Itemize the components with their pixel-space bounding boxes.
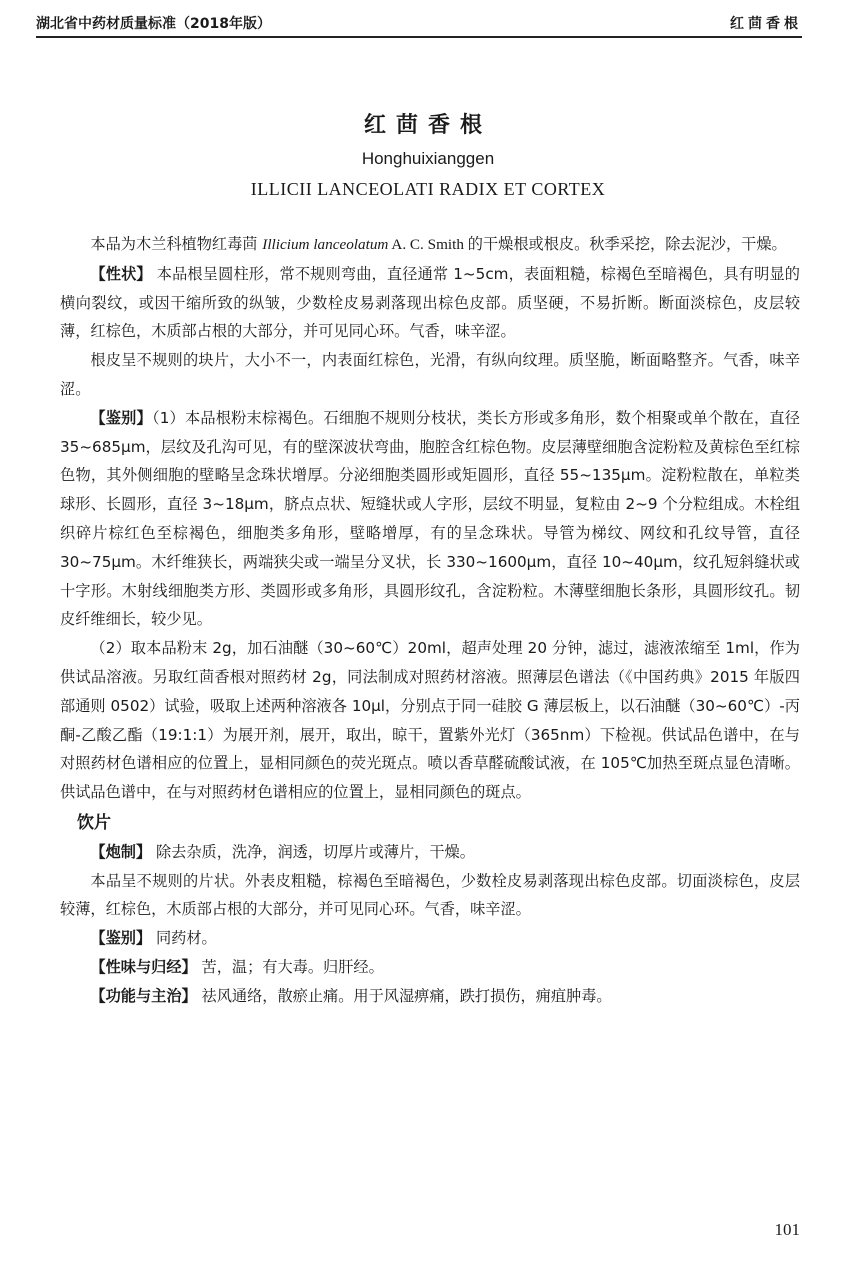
identification-paragraph-2: （2）取本品粉末 2g，加石油醚（30~60℃）20ml，超声处理 20 分钟，… bbox=[60, 634, 800, 807]
section-label-identification: 【鉴别】 bbox=[90, 409, 152, 427]
function-indication-paragraph: 【功能与主治】 祛风通络，散瘀止痛。用于风湿痹痛，跌打损伤，痈疽肿毒。 bbox=[60, 982, 800, 1011]
section-label-slice-identification: 【鉴别】 bbox=[90, 929, 151, 947]
section-label-function-indication: 【功能与主治】 bbox=[90, 987, 196, 1005]
property-meridian-text: 苦，温；有大毒。归肝经。 bbox=[197, 958, 384, 976]
description-paragraph-2: 根皮呈不规则的块片，大小不一，内表面红棕色，光滑，有纵向纹理。质坚脆，断面略整齐… bbox=[60, 346, 800, 404]
intro-paragraph: 本品为木兰科植物红毒茴 Illicium lanceolatum A. C. S… bbox=[60, 230, 800, 260]
function-indication-text: 祛风通络，散瘀止痛。用于风湿痹痛，跌打损伤，痈疽肿毒。 bbox=[197, 987, 612, 1005]
slice-description-paragraph: 本品呈不规则的片状。外表皮粗糙，棕褐色至暗褐色，少数栓皮易剥落现出棕色皮部。切面… bbox=[60, 867, 800, 925]
running-title: 红茴香根 bbox=[730, 13, 802, 33]
monograph-title-block: 红茴香根 Honghuixianggen ILLICII LANCEOLATI … bbox=[0, 108, 856, 200]
latin-species-name: Illicium lanceolatum bbox=[262, 236, 388, 253]
slice-identification-text: 同药材。 bbox=[151, 929, 217, 947]
description-paragraph: 【性状】 本品根呈圆柱形，常不规则弯曲，直径通常 1~5cm，表面粗糙，棕褐色至… bbox=[60, 260, 800, 346]
title-latin: ILLICII LANCEOLATI RADIX ET CORTEX bbox=[0, 179, 856, 200]
section-label-property-meridian: 【性味与归经】 bbox=[90, 958, 196, 976]
monograph-body: 本品为木兰科植物红毒茴 Illicium lanceolatum A. C. S… bbox=[60, 230, 800, 1011]
section-label-description: 【性状】 bbox=[90, 265, 151, 283]
title-pinyin: Honghuixianggen bbox=[0, 149, 856, 169]
book-title: 湖北省中药材质量标准（2018年版） bbox=[36, 13, 271, 33]
property-meridian-paragraph: 【性味与归经】 苦，温；有大毒。归肝经。 bbox=[60, 953, 800, 982]
running-header: 湖北省中药材质量标准（2018年版） 红茴香根 bbox=[36, 10, 802, 38]
processing-text: 除去杂质，洗净，润透，切厚片或薄片，干燥。 bbox=[151, 843, 475, 861]
slice-identification-paragraph: 【鉴别】 同药材。 bbox=[60, 924, 800, 953]
title-chinese: 红茴香根 bbox=[0, 108, 856, 139]
subheading-prepared-slices: 饮片 bbox=[60, 809, 800, 838]
processing-paragraph: 【炮制】 除去杂质，洗净，润透，切厚片或薄片，干燥。 bbox=[60, 838, 800, 867]
page-number: 101 bbox=[775, 1220, 801, 1240]
intro-text-rest: 的干燥根或根皮。秋季采挖，除去泥沙，干燥。 bbox=[468, 235, 787, 253]
intro-text: 本品为木兰科植物红毒茴 bbox=[90, 235, 262, 253]
species-author: A. C. Smith bbox=[388, 236, 467, 253]
description-text: 本品根呈圆柱形，常不规则弯曲，直径通常 1~5cm，表面粗糙，棕褐色至暗褐色，具… bbox=[60, 265, 800, 341]
identification-text-1: （1）本品根粉末棕褐色。石细胞不规则分枝状，类长方形或多角形，数个相聚或单个散在… bbox=[60, 409, 800, 629]
identification-paragraph-1: 【鉴别】（1）本品根粉末棕褐色。石细胞不规则分枝状，类长方形或多角形，数个相聚或… bbox=[60, 404, 800, 634]
section-label-processing: 【炮制】 bbox=[90, 843, 151, 861]
